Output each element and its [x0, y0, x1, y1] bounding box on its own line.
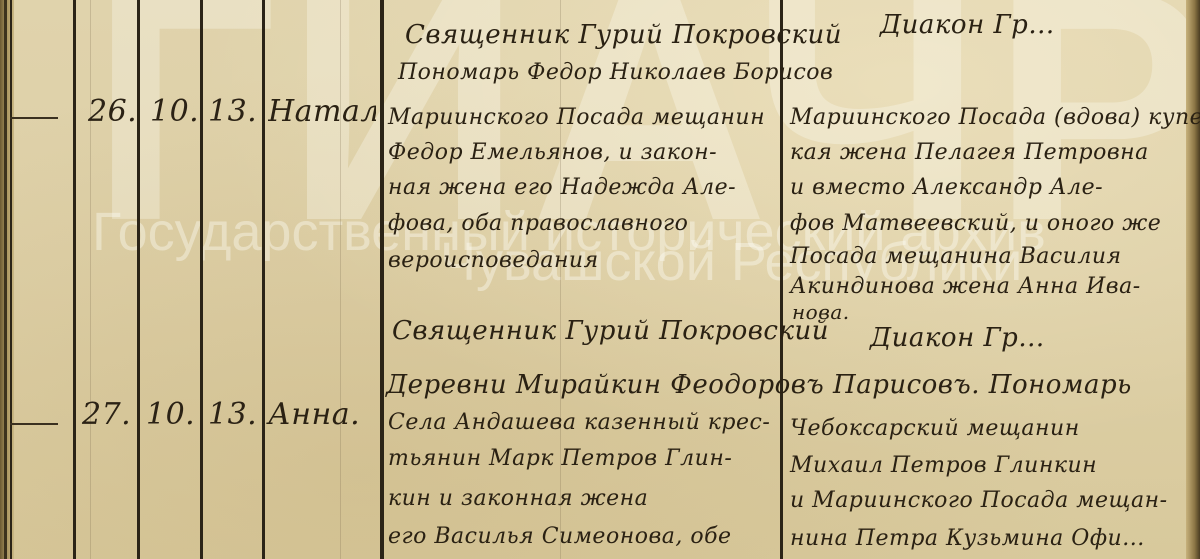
entry-day: 13.: [208, 97, 257, 127]
rule-line: [10, 0, 12, 559]
entry-month: 10.: [150, 97, 199, 127]
clergy-signature: Диакон Гр...: [870, 325, 1045, 351]
parents-line: ная жена его Надежда Але-: [388, 177, 736, 199]
godparents-line: Посада мещанина Василия: [790, 246, 1122, 268]
clergy-signature: Священник Гурий Покровский: [392, 318, 829, 344]
parents-line: Федор Емельянов, и закон-: [388, 142, 717, 164]
entry-name: Анна.: [268, 400, 360, 430]
entry-number: 27.: [82, 400, 131, 430]
godparents-line: Мариинского Посада (вдова) купечес-: [790, 107, 1200, 129]
godparents-line: нина Петра Кузьмина Офи...: [790, 528, 1145, 550]
rule-line: [200, 0, 203, 559]
parents-line: вероисповедания: [388, 250, 599, 272]
parents-line: кин и законная жена: [388, 488, 648, 510]
rule-line: [73, 0, 76, 559]
entry-number: 26.: [88, 97, 137, 127]
faint-rule: [340, 0, 341, 559]
faint-rule: [90, 0, 91, 559]
godparents-line: кая жена Пелагея Петровна: [790, 142, 1149, 164]
parents-line: Мариинского Посада мещанин: [388, 107, 765, 129]
rule-line: [137, 0, 140, 559]
row-tick: [10, 423, 58, 425]
row-tick: [10, 117, 58, 119]
godparents-line: и вместо Александр Але-: [790, 177, 1103, 199]
parents-line: Села Андашева казенный крес-: [388, 412, 770, 434]
entry-month: 10.: [146, 400, 195, 430]
entry-name: Наталия: [268, 97, 376, 127]
right-page-edge: [1186, 0, 1200, 559]
parents-line: тьянин Марк Петров Глин-: [388, 448, 732, 470]
godparents-line: и Мариинского Посада мещан-: [790, 490, 1168, 512]
parents-line: его Василья Симеонова, обе: [388, 526, 732, 548]
rule-line: [4, 0, 7, 559]
entry-day: 13.: [208, 400, 257, 430]
clergy-signature: Священник Гурий Покровский: [405, 22, 842, 48]
document-scan: ГИАЧР Государственный исторический архив…: [0, 0, 1200, 559]
rule-line: [380, 0, 384, 559]
godparents-line: Чебоксарский мещанин: [790, 418, 1080, 440]
clergy-signature: Диакон Гр...: [880, 12, 1055, 38]
godparents-line: Михаил Петров Глинкин: [790, 455, 1097, 477]
parents-line: фова, оба православного: [388, 213, 688, 235]
parents-line: Деревни Мирайкин Феодоровъ Парисовъ. Пон…: [386, 372, 1132, 398]
godparents-line: Акиндинова жена Анна Ива-: [790, 276, 1141, 298]
rule-line: [262, 0, 265, 559]
clergy-signature: Пономарь Федор Николаев Борисов: [398, 62, 833, 84]
godparents-line: фов Матвеевский, и оного же: [790, 213, 1161, 235]
